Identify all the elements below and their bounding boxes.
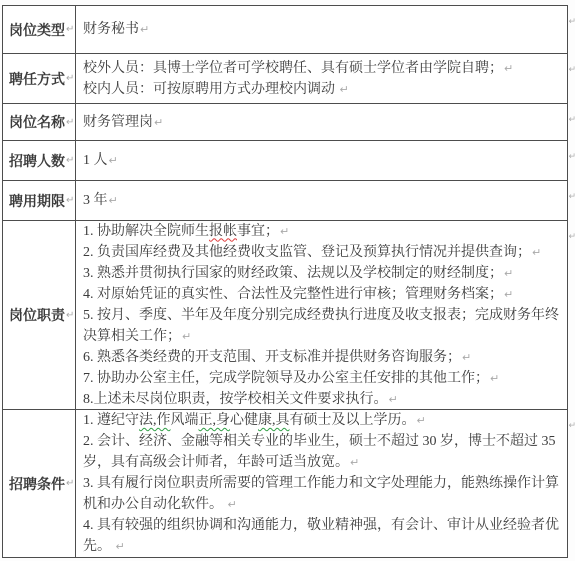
table-row-employment-term: 聘用期限↵ 3 年↵ ↵ <box>3 180 567 220</box>
paragraph: 4. 具有较强的组织协调和沟通能力，敬业精神强，有会计、审计从业经验者优先。 ↵ <box>83 515 563 557</box>
row-end-mark: ↵ <box>568 232 575 242</box>
paragraph-mark: ↵ <box>139 23 149 36</box>
text-segment: 有硕士及以上学历。 <box>290 413 416 428</box>
paragraph-mark: ↵ <box>65 73 74 84</box>
paragraph-mark: ↵ <box>339 83 349 96</box>
text-segment: 4. 对原始凭证的真实性、合法性及完整性进行审核；管理财务档案； <box>83 287 503 302</box>
table-row-headcount: 招聘人数↵ 1 人↵ ↵ <box>3 140 567 180</box>
paragraph: 校内人员：可按原聘用方式办理校内调动 ↵ <box>83 79 563 100</box>
row-end-mark: ↵ <box>568 152 575 162</box>
paragraph-mark: ↵ <box>65 24 74 35</box>
paragraph-mark: ↵ <box>65 155 74 166</box>
text-segment: 1 人 <box>83 153 108 168</box>
paragraph: 3. 熟悉并贯彻执行国家的财经政策、法规以及学校制定的财经制度；↵ <box>83 263 563 284</box>
paragraph: 1 人↵ <box>83 150 563 171</box>
text-segment: 财务秘书 <box>83 22 139 37</box>
row-label-cell: 聘任方式↵ <box>3 54 76 103</box>
row-content-cell: 校外人员：具博士学位者可学校聘任、具有硕士学位者由学院自聘；↵校内人员：可按原聘… <box>76 54 567 103</box>
paragraph: 4. 对原始凭证的真实性、合法性及完整性进行审核；管理财务档案；↵ <box>83 284 563 305</box>
text-segment: 3 年 <box>83 193 108 208</box>
row-content-cell: 财务管理岗↵ <box>76 104 567 140</box>
squiggle-red-text: 报帐 <box>209 224 237 239</box>
row-label: 招聘条件 <box>9 474 65 494</box>
row-content-cell: 1 人↵ <box>76 141 567 180</box>
row-end-mark: ↵ <box>568 17 575 27</box>
text-segment: 1. 遵纪守 <box>83 413 139 428</box>
table-row-employment-method: 聘任方式↵ 校外人员：具博士学位者可学校聘任、具有硕士学位者由学院自聘；↵校内人… <box>3 53 567 103</box>
row-label: 岗位类型 <box>9 20 65 40</box>
paragraph-mark: ↵ <box>181 330 191 343</box>
text-segment: 7. 协助办公室主任，完成学院领导及办公室主任安排的其他工作； <box>83 371 489 386</box>
paragraph: 2. 会计、经济、金融等相关专业的毕业生，硕士不超过 30 岁，博士不超过 35… <box>83 431 563 473</box>
paragraph: 3. 具有履行岗位职责所需要的管理工作能力和文字处理能力，能熟练操作计算机和办公… <box>83 473 563 515</box>
row-end-mark: ↵ <box>568 115 575 125</box>
row-end-mark: ↵ <box>568 65 575 75</box>
text-segment: 4. 具有较强的组织协调和沟通能力，敬业精神强，有会计、审计从业经验者优先。 <box>83 518 559 554</box>
row-label: 聘用期限 <box>9 191 65 211</box>
row-content-cell: 财务秘书↵ <box>76 6 567 53</box>
paragraph: 8.上述未尽岗位职责，按学校相关文件要求执行。↵ <box>83 389 563 410</box>
paragraph-mark: ↵ <box>461 351 471 364</box>
paragraph: 校外人员：具博士学位者可学校聘任、具有硕士学位者由学院自聘；↵ <box>83 58 563 79</box>
paragraph-mark: ↵ <box>388 393 398 406</box>
row-label-cell: 岗位类型↵ <box>3 6 76 53</box>
paragraph-mark: ↵ <box>349 456 359 469</box>
paragraph: 6. 熟悉各类经费的开支范围、开支标准并提供财务咨询服务；↵ <box>83 347 563 368</box>
text-segment: 2. 负责国库经费及其他经费收支监管、登记及预算执行情况并提供查询； <box>83 245 531 260</box>
paragraph-mark: ↵ <box>108 194 118 207</box>
text-segment: 心健 <box>230 413 258 428</box>
text-segment: 8.上述未尽岗位职责，按学校相关文件要求执行。 <box>83 392 388 407</box>
row-content-cell: 3 年↵ <box>76 181 567 220</box>
row-label: 岗位职责 <box>9 305 65 325</box>
paragraph-mark: ↵ <box>227 498 237 511</box>
row-label: 聘任方式 <box>9 69 65 89</box>
row-end-mark: ↵ <box>568 192 575 202</box>
row-label-cell: 岗位职责↵ <box>3 221 76 409</box>
paragraph-mark: ↵ <box>65 195 74 206</box>
row-label-cell: 招聘条件↵ <box>3 410 76 557</box>
paragraph-mark: ↵ <box>503 62 513 75</box>
squiggle-green-text: 正,身 <box>199 413 231 428</box>
table-row-requirements: 招聘条件↵ 1. 遵纪守法,作风端正,身心健康,具有硕士及以上学历。↵2. 会计… <box>3 409 567 557</box>
text-segment: 校外人员：具博士学位者可学校聘任、具有硕士学位者由学院自聘； <box>83 61 503 76</box>
paragraph: 5. 按月、季度、半年及年度分别完成经费执行进度及收支报表；完成财务年终决算相关… <box>83 305 563 347</box>
row-content-cell: 1. 遵纪守法,作风端正,身心健康,具有硕士及以上学历。↵2. 会计、经济、金融… <box>76 410 567 557</box>
paragraph-mark: ↵ <box>489 372 499 385</box>
text-segment: 3. 熟悉并贯彻执行国家的财经政策、法规以及学校制定的财经制度； <box>83 266 503 281</box>
paragraph-mark: ↵ <box>279 225 289 238</box>
paragraph: 1. 遵纪守法,作风端正,身心健康,具有硕士及以上学历。↵ <box>83 410 563 431</box>
paragraph-mark: ↵ <box>416 414 426 427</box>
paragraph-mark: ↵ <box>503 288 513 301</box>
paragraph-mark: ↵ <box>65 310 74 321</box>
job-posting-table: 岗位类型↵ 财务秘书↵ ↵ 聘任方式↵ 校外人员：具博士学位者可学校聘任、具有硕… <box>2 5 568 558</box>
row-content-cell: 1. 协助解决全院师生报帐事宜；↵2. 负责国库经费及其他经费收支监管、登记及预… <box>76 221 567 409</box>
table-row-position-type: 岗位类型↵ 财务秘书↵ ↵ <box>3 6 567 53</box>
row-label: 招聘人数 <box>9 151 65 171</box>
paragraph: 7. 协助办公室主任，完成学院领导及办公室主任安排的其他工作；↵ <box>83 368 563 389</box>
row-label-cell: 招聘人数↵ <box>3 141 76 180</box>
row-end-mark: ↵ <box>568 421 575 431</box>
paragraph-mark: ↵ <box>153 116 163 129</box>
text-segment: 3. 具有履行岗位职责所需要的管理工作能力和文字处理能力，能熟练操作计算机和办公… <box>83 476 559 512</box>
table-row-responsibilities: 岗位职责↵ 1. 协助解决全院师生报帐事宜；↵2. 负责国库经费及其他经费收支监… <box>3 220 567 409</box>
table-row-position-name: 岗位名称↵ 财务管理岗↵ ↵ <box>3 103 567 140</box>
paragraph-mark: ↵ <box>531 246 541 259</box>
paragraph: 3 年↵ <box>83 190 563 211</box>
row-label-cell: 岗位名称↵ <box>3 104 76 140</box>
text-segment: 财务管理岗 <box>83 115 153 130</box>
paragraph: 财务管理岗↵ <box>83 112 563 133</box>
paragraph: 1. 协助解决全院师生报帐事宜；↵ <box>83 221 563 242</box>
text-segment: 1. 协助解决全院师生 <box>83 224 209 239</box>
paragraph-mark: ↵ <box>115 540 125 553</box>
row-label-cell: 聘用期限↵ <box>3 181 76 220</box>
squiggle-green-text: 康,具 <box>258 413 290 428</box>
text-segment: 校内人员：可按原聘用方式办理校内调动 <box>83 82 339 97</box>
text-segment: 风端 <box>171 413 199 428</box>
paragraph-mark: ↵ <box>108 154 118 167</box>
text-segment: 6. 熟悉各类经费的开支范围、开支标准并提供财务咨询服务； <box>83 350 461 365</box>
paragraph-mark: ↵ <box>65 478 74 489</box>
paragraph: 财务秘书↵ <box>83 19 563 40</box>
squiggle-green-text: 法,作 <box>139 413 171 428</box>
text-segment: 事宜； <box>237 224 279 239</box>
paragraph-mark: ↵ <box>65 117 74 128</box>
text-segment: 5. 按月、季度、半年及年度分别完成经费执行进度及收支报表；完成财务年终决算相关… <box>83 308 559 344</box>
paragraph: 2. 负责国库经费及其他经费收支监管、登记及预算执行情况并提供查询；↵ <box>83 242 563 263</box>
row-label: 岗位名称 <box>9 112 65 132</box>
text-segment: 2. 会计、经济、金融等相关专业的毕业生，硕士不超过 30 岁，博士不超过 35… <box>83 434 556 470</box>
paragraph-mark: ↵ <box>503 267 513 280</box>
